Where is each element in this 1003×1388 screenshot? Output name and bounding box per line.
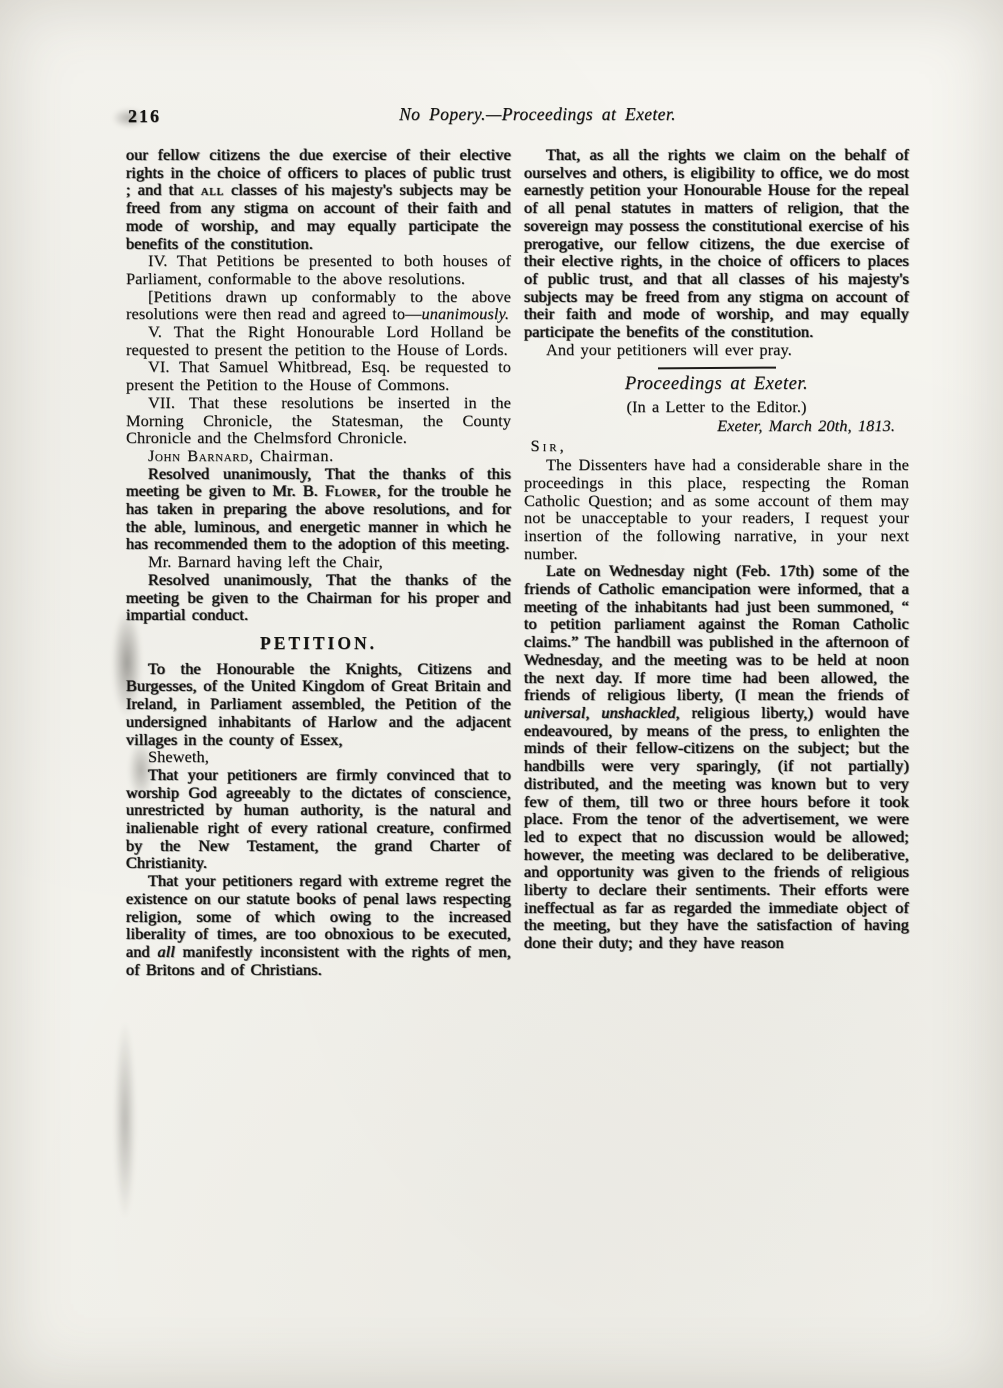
page-number: 216 [128,106,161,127]
letter-salutation: Sir, [524,436,909,456]
paragraph: Late on Wednesday night (Feb. 17th) some… [524,562,909,951]
paragraph: Resolved unanimously, That the thanks of… [126,465,511,554]
chairman-signature: John Barnard, Chairman. [126,447,511,465]
paragraph: Mr. Barnard having left the Chair, [126,553,511,571]
ink-smudge [114,1020,136,1220]
letter-heading: Proceedings at Exeter. [524,376,909,394]
paragraph: That your petitioners regard with extrem… [126,872,511,978]
sheweth-line: Sheweth, [126,748,511,766]
scanned-page: 216 No Popery.—Proceedings at Exeter. ou… [0,0,1003,1388]
paragraph: our fellow citizens the due exercise of … [126,146,511,252]
right-column: That, as all the rights we claim on the … [524,146,909,978]
paragraph: That your petitioners are firmly convinc… [126,766,511,872]
paragraph: VI. That Samuel Whitbread, Esq. be reque… [126,358,511,393]
paragraph: The Dissenters have had a considerable s… [524,456,909,562]
letter-dateline: Exeter, March 20th, 1813. [524,416,909,436]
running-title: No Popery.—Proceedings at Exeter. [126,104,909,125]
paragraph: V. That the Right Honourable Lord Hollan… [126,323,511,358]
paragraph: [Petitions drawn up conformably to the a… [126,288,511,323]
paragraph: And your petitioners will ever pray. [524,341,909,359]
left-column: our fellow citizens the due exercise of … [126,146,511,978]
page-header: 216 No Popery.—Proceedings at Exeter. [126,104,909,138]
paragraph: Resolved unanimously, That the thanks of… [126,571,511,624]
section-divider [657,367,775,370]
paragraph: To the Honourable the Knights, Citizens … [126,660,511,749]
petition-heading: PETITION. [126,635,511,653]
text-columns: our fellow citizens the due exercise of … [126,146,909,978]
paragraph: IV. That Petitions be presented to both … [126,252,511,287]
paragraph: That, as all the rights we claim on the … [524,146,909,341]
paragraph: VII. That these resolutions be inserted … [126,394,511,447]
letter-subheading: (In a Letter to the Editor.) [524,397,909,416]
